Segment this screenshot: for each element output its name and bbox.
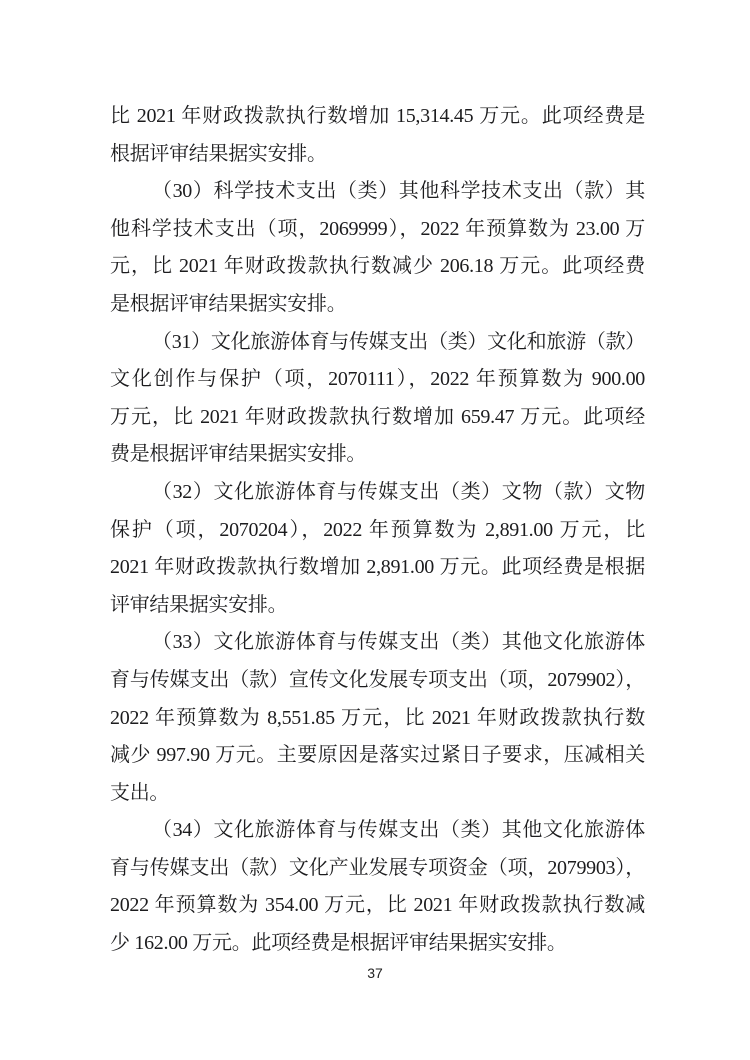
text-line: 万元，比 2021 年财政拨款执行数增加 659.47 万元。此项经 <box>110 399 645 437</box>
page-number: 37 <box>0 965 750 981</box>
text-line: （33）文化旅游体育与传媒支出（类）其他文化旅游体 <box>110 624 645 662</box>
text-line: （31）文化旅游体育与传媒支出（类）文化和旅游（款） <box>110 324 645 362</box>
paragraph-item-34: （34）文化旅游体育与传媒支出（类）其他文化旅游体育与传媒支出（款）文化产业发展… <box>110 812 645 962</box>
text-line: （30）科学技术支出（类）其他科学技术支出（款）其 <box>110 173 645 211</box>
paragraph-item-31: （31）文化旅游体育与传媒支出（类）文化和旅游（款）文化创作与保护（项，2070… <box>110 324 645 474</box>
paragraph-item-33: （33）文化旅游体育与传媒支出（类）其他文化旅游体育与传媒支出（款）宣传文化发展… <box>110 624 645 812</box>
text-line: （32）文化旅游体育与传媒支出（类）文物（款）文物 <box>110 474 645 512</box>
text-line: 2022 年预算数为 8,551.85 万元，比 2021 年财政拨款执行数 <box>110 700 645 738</box>
text-line: 评审结果据实安排。 <box>110 587 645 625</box>
text-line: 根据评审结果据实安排。 <box>110 136 645 174</box>
paragraph-item-30: （30）科学技术支出（类）其他科学技术支出（款）其他科学技术支出（项，20699… <box>110 173 645 323</box>
text-line: 2022 年预算数为 354.00 万元，比 2021 年财政拨款执行数减 <box>110 887 645 925</box>
text-line: 育与传媒支出（款）宣传文化发展专项支出（项，2079902）， <box>110 662 645 700</box>
paragraph-item-32: （32）文化旅游体育与传媒支出（类）文物（款）文物保护（项，2070204），2… <box>110 474 645 624</box>
text-line: 保护（项，2070204），2022 年预算数为 2,891.00 万元，比 <box>110 512 645 550</box>
paragraph-continuation: 比 2021 年财政拨款执行数增加 15,314.45 万元。此项经费是根据评审… <box>110 98 645 173</box>
text-line: 育与传媒支出（款）文化产业发展专项资金（项，2079903）， <box>110 850 645 888</box>
text-line: 费是根据评审结果据实安排。 <box>110 436 645 474</box>
text-line: 比 2021 年财政拨款执行数增加 15,314.45 万元。此项经费是 <box>110 98 645 136</box>
text-line: 是根据评审结果据实安排。 <box>110 286 645 324</box>
text-line: 文化创作与保护（项，2070111），2022 年预算数为 900.00 <box>110 361 645 399</box>
text-line: 2021 年财政拨款执行数增加 2,891.00 万元。此项经费是根据 <box>110 549 645 587</box>
text-line: 他科学技术支出（项，2069999），2022 年预算数为 23.00 万 <box>110 211 645 249</box>
text-line: 减少 997.90 万元。主要原因是落实过紧日子要求，压减相关 <box>110 737 645 775</box>
text-line: （34）文化旅游体育与传媒支出（类）其他文化旅游体 <box>110 812 645 850</box>
document-body: 比 2021 年财政拨款执行数增加 15,314.45 万元。此项经费是根据评审… <box>110 98 645 963</box>
text-line: 元，比 2021 年财政拨款执行数减少 206.18 万元。此项经费 <box>110 248 645 286</box>
text-line: 少 162.00 万元。此项经费是根据评审结果据实安排。 <box>110 925 645 963</box>
document-page: 比 2021 年财政拨款执行数增加 15,314.45 万元。此项经费是根据评审… <box>0 0 750 1060</box>
text-line: 支出。 <box>110 775 645 813</box>
